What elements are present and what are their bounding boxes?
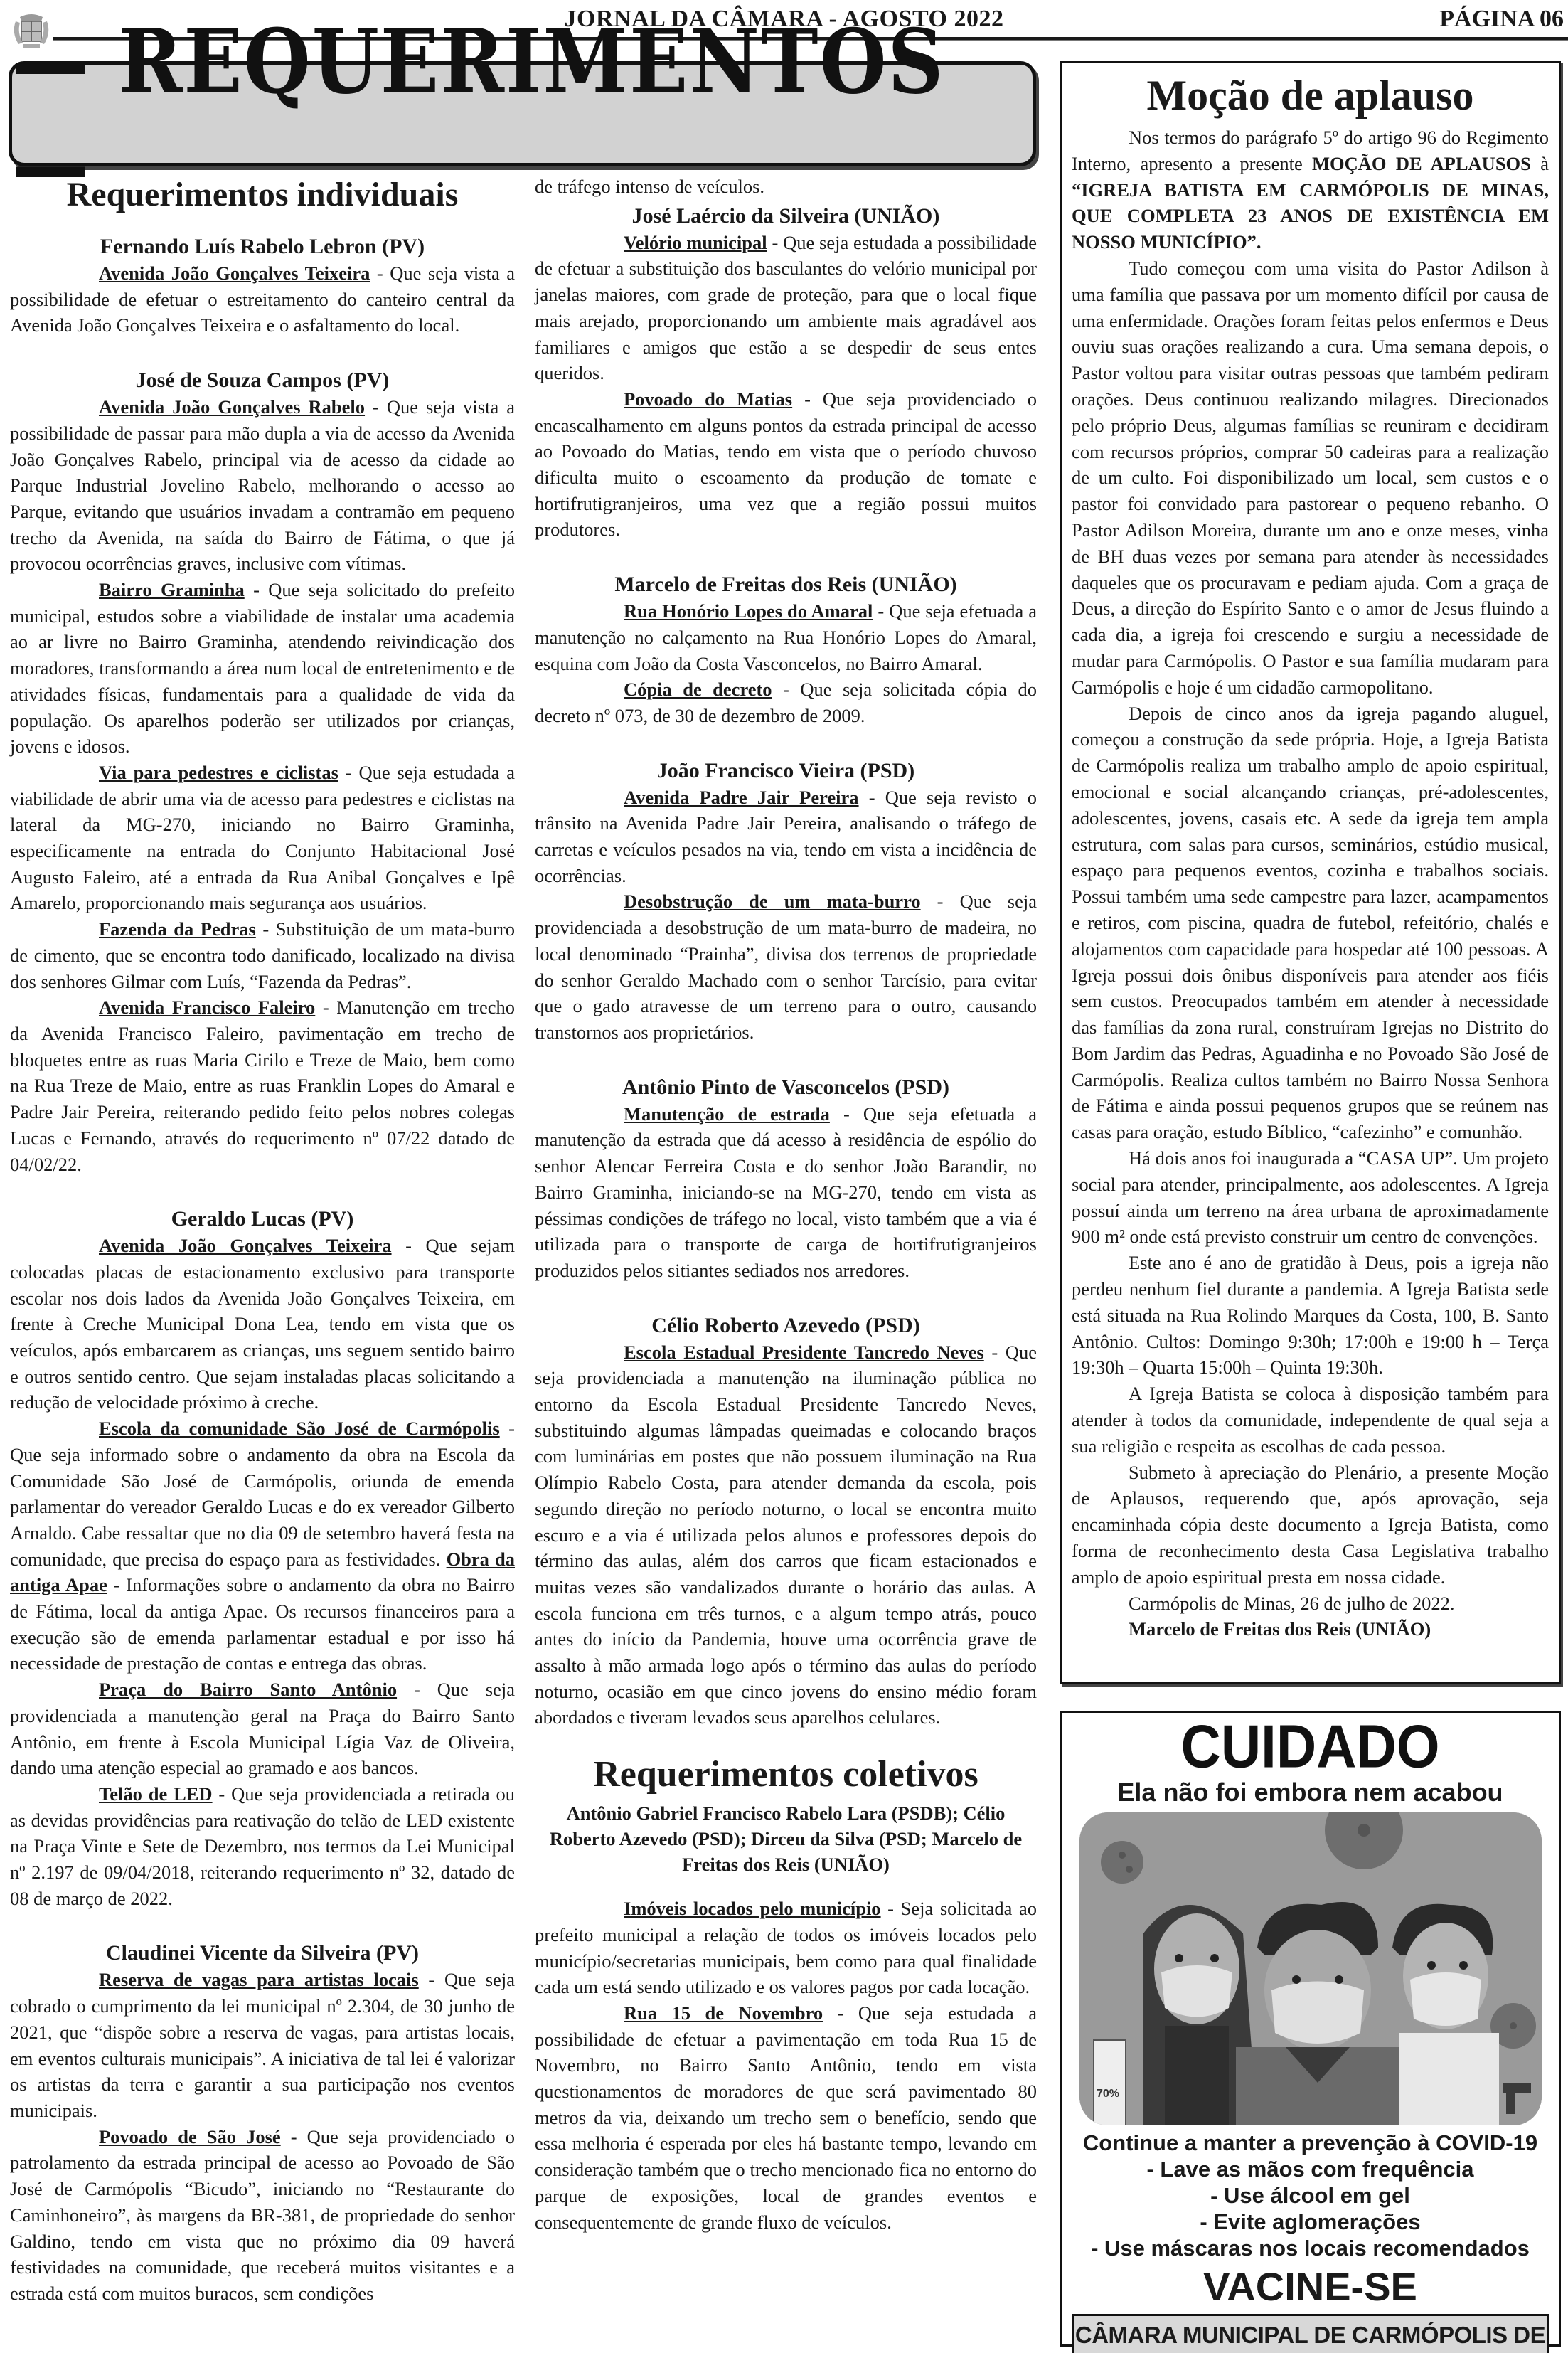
- request-text: - Que seja informado sobre o andamento d…: [10, 1418, 515, 1570]
- mocao-paragraph: Depois de cinco anos da igreja pagando a…: [1072, 701, 1549, 1146]
- ad-line: - Lave as mãos com frequência: [1069, 2156, 1552, 2182]
- author-name: Claudinei Vicente da Silveira (PV): [10, 1940, 515, 1967]
- request-item: Avenida João Gonçalves Rabelo - Que seja…: [10, 394, 515, 577]
- request-topic: Praça do Bairro Santo Antônio: [99, 1679, 397, 1700]
- author-name: João Francisco Vieira (PSD): [535, 758, 1037, 785]
- masked-people-illustration: 70%: [1079, 1812, 1542, 2125]
- mocao-paragraph: Este ano é ano de gratidão à Deus, pois …: [1072, 1250, 1549, 1381]
- request-item: Manutenção de estrada - Que seja efetuad…: [535, 1101, 1037, 1284]
- ad-instructions: Continue a manter a prevenção à COVID-19…: [1069, 2130, 1552, 2261]
- request-text: - Que seja solicitado do prefeito munici…: [10, 579, 515, 757]
- request-item: Avenida João Gonçalves Teixeira - Que se…: [10, 260, 515, 339]
- request-topic: Avenida Francisco Faleiro: [99, 997, 315, 1018]
- request-text: - Que seja vista a possibilidade de pass…: [10, 396, 515, 574]
- request-item: Povoado de São José - Que seja providenc…: [10, 2124, 515, 2307]
- request-item: Velório municipal - Que seja estudada a …: [535, 230, 1037, 386]
- section-banner: — REQUERIMENTOS —: [9, 61, 1036, 166]
- request-item: Cópia de decreto - Que seja solicitada c…: [535, 676, 1037, 728]
- individual-heading: Requerimentos individuais: [10, 174, 515, 216]
- request-text: - Que seja providenciada a desobstrução …: [535, 891, 1037, 1043]
- bottle-label: 70%: [1097, 2088, 1119, 2100]
- intro-caps: “IGREJA BATISTA EM CARMÓPOLIS DE MINAS, …: [1072, 179, 1549, 253]
- request-topic: Povoado do Matias: [624, 388, 792, 410]
- request-topic: Imóveis locados pelo município: [624, 1898, 881, 1919]
- collective-authors: Antônio Gabriel Francisco Rabelo Lara (P…: [535, 1800, 1037, 1877]
- author-name: José Laércio da Silveira (UNIÃO): [535, 203, 1037, 230]
- ad-line: - Use álcool em gel: [1069, 2182, 1552, 2209]
- request-item: Povoado do Matias - Que seja providencia…: [535, 386, 1037, 543]
- request-item: Desobstrução de um mata-burro - Que seja…: [535, 888, 1037, 1045]
- request-item: Escola Estadual Presidente Tancredo Neve…: [535, 1339, 1037, 1731]
- request-text: - Substituição de um mata-burro de cimen…: [10, 918, 515, 992]
- request-topic: Escola da comunidade São José de Carmópo…: [99, 1418, 500, 1439]
- request-item: Imóveis locados pelo município - Seja so…: [535, 1896, 1037, 2000]
- request-topic: Via para pedestres e ciclistas: [99, 762, 338, 783]
- request-text: - Que seja providenciado o encascalhamen…: [535, 388, 1037, 541]
- mocao-paragraph: A Igreja Batista se coloca à disposição …: [1072, 1381, 1549, 1459]
- request-item: Via para pedestres e ciclistas - Que sej…: [10, 760, 515, 916]
- author-name: Antônio Pinto de Vasconcelos (PSD): [535, 1074, 1037, 1101]
- request-text: - Que seja solicitada cópia do decreto n…: [535, 679, 1037, 726]
- mocao-box: Moção de aplauso Nos termos do parágrafo…: [1060, 61, 1561, 1684]
- masked-people-icon: 70%: [1079, 1812, 1542, 2125]
- request-topic: Fazenda da Pedras: [99, 918, 256, 940]
- request-topic: Bairro Graminha: [99, 579, 245, 600]
- request-item: Praça do Bairro Santo Antônio - Que seja…: [10, 1677, 515, 1781]
- ad-line: - Use máscaras nos locais recomendados: [1069, 2235, 1552, 2261]
- continued-text: de tráfego intenso de veículos.: [535, 174, 1037, 200]
- request-topic: Velório municipal: [624, 232, 767, 253]
- request-item: Fazenda da Pedras - Substituição de um m…: [10, 916, 515, 994]
- request-item: Bairro Graminha - Que seja solicitado do…: [10, 577, 515, 760]
- request-topic: Avenida João Gonçalves Teixeira: [99, 262, 370, 284]
- mocao-paragraph: Tudo começou com uma visita do Pastor Ad…: [1072, 255, 1549, 701]
- request-topic: Rua 15 de Novembro: [624, 2002, 823, 2024]
- intro-bold: MOÇÃO DE APLAUSOS: [1312, 153, 1531, 174]
- author-name: José de Souza Campos (PV): [10, 367, 515, 394]
- request-topic: Avenida Padre Jair Pereira: [624, 787, 859, 808]
- covid-ad: CUIDADO Ela não foi embora nem acabou: [1060, 1711, 1561, 2347]
- request-topic: Desobstrução de um mata-burro: [624, 891, 921, 912]
- request-text: - Que seja providenciada a retirada ou a…: [10, 1783, 515, 1909]
- request-item: Rua 15 de Novembro - Que seja estudada a…: [535, 2000, 1037, 2235]
- request-topic: Reserva de vagas para artistas locais: [99, 1969, 419, 1990]
- author-name: Marcelo de Freitas dos Reis (UNIÃO): [535, 571, 1037, 598]
- request-topic: Avenida João Gonçalves Teixeira: [99, 1235, 392, 1256]
- request-item: Escola da comunidade São José de Carmópo…: [10, 1415, 515, 1677]
- request-item: Avenida João Gonçalves Teixeira - Que se…: [10, 1233, 515, 1415]
- request-text: - Que sejam colocadas placas de estacion…: [10, 1235, 515, 1413]
- mocao-paragraph: Submeto à apreciação do Plenário, a pres…: [1072, 1460, 1549, 1590]
- column-left: Requerimentos individuais Fernando Luís …: [10, 171, 515, 2307]
- request-item: Reserva de vagas para artistas locais - …: [10, 1967, 515, 2123]
- request-topic: Avenida João Gonçalves Rabelo: [99, 396, 365, 418]
- faucet-icon: [1503, 2083, 1531, 2093]
- request-text: - Que seja estudada a viabilidade de abr…: [10, 762, 515, 914]
- request-text: - Manutenção em trecho da Avenida Franci…: [10, 997, 515, 1174]
- place-date: Carmópolis de Minas, 26 de julho de 2022…: [1072, 1590, 1549, 1617]
- request-text: - Que seja providenciado o patrolamento …: [10, 2126, 515, 2304]
- intro-text: à: [1531, 153, 1549, 174]
- request-topic: Escola Estadual Presidente Tancredo Neve…: [624, 1342, 984, 1363]
- ad-subtitle: Ela não foi embora nem acabou: [1069, 1777, 1552, 1808]
- ad-cta: VACINE-SE: [1069, 2263, 1552, 2311]
- request-topic: Telão de LED: [99, 1783, 213, 1805]
- request-text: - Que seja providenciada a manutenção na…: [535, 1342, 1037, 1728]
- request-text: - Que seja cobrado o cumprimento da lei …: [10, 1969, 515, 2121]
- column-middle: de tráfego intenso de veículos. José Laé…: [535, 174, 1037, 2235]
- mocao-paragraph: Há dois anos foi inaugurada a “CASA UP”.…: [1072, 1145, 1549, 1250]
- collective-heading: Requerimentos coletivos: [535, 1752, 1037, 1797]
- mocao-intro: Nos termos do parágrafo 5º do artigo 96 …: [1072, 124, 1549, 255]
- ad-title: CUIDADO: [1069, 1713, 1552, 1780]
- request-topic: Rua Honório Lopes do Amaral: [624, 600, 873, 622]
- author-name: Célio Roberto Azevedo (PSD): [535, 1312, 1037, 1339]
- request-item: Rua Honório Lopes do Amaral - Que seja e…: [535, 598, 1037, 676]
- request-item: Avenida Francisco Faleiro - Manutenção e…: [10, 994, 515, 1177]
- sanitizer-bottle-icon: [1094, 2040, 1126, 2125]
- request-topic: Cópia de decreto: [624, 679, 772, 700]
- ad-footer: CÂMARA MUNICIPAL DE CARMÓPOLIS DE MINAS: [1072, 2314, 1549, 2353]
- request-item: Avenida Padre Jair Pereira - Que seja re…: [535, 785, 1037, 889]
- ad-line: - Evite aglomerações: [1069, 2209, 1552, 2235]
- signature: Marcelo de Freitas dos Reis (UNIÃO): [1072, 1616, 1549, 1642]
- page-number: PÁGINA 06: [1439, 6, 1564, 33]
- request-topic: Povoado de São José: [99, 2126, 281, 2147]
- request-text: - Que seja estudada a possibilidade de e…: [535, 232, 1037, 384]
- author-name: Geraldo Lucas (PV): [10, 1206, 515, 1233]
- mocao-title: Moção de aplauso: [1072, 69, 1549, 122]
- request-text: - Que seja estudada a possibilidade de e…: [535, 2002, 1037, 2233]
- request-item: Telão de LED - Que seja providenciada a …: [10, 1781, 515, 1912]
- request-topic: Manutenção de estrada: [624, 1103, 830, 1125]
- ad-line: Continue a manter a prevenção à COVID-19: [1069, 2130, 1552, 2156]
- request-text: - Que seja efetuada a manutenção da estr…: [535, 1103, 1037, 1281]
- author-name: Fernando Luís Rabelo Lebron (PV): [10, 233, 515, 260]
